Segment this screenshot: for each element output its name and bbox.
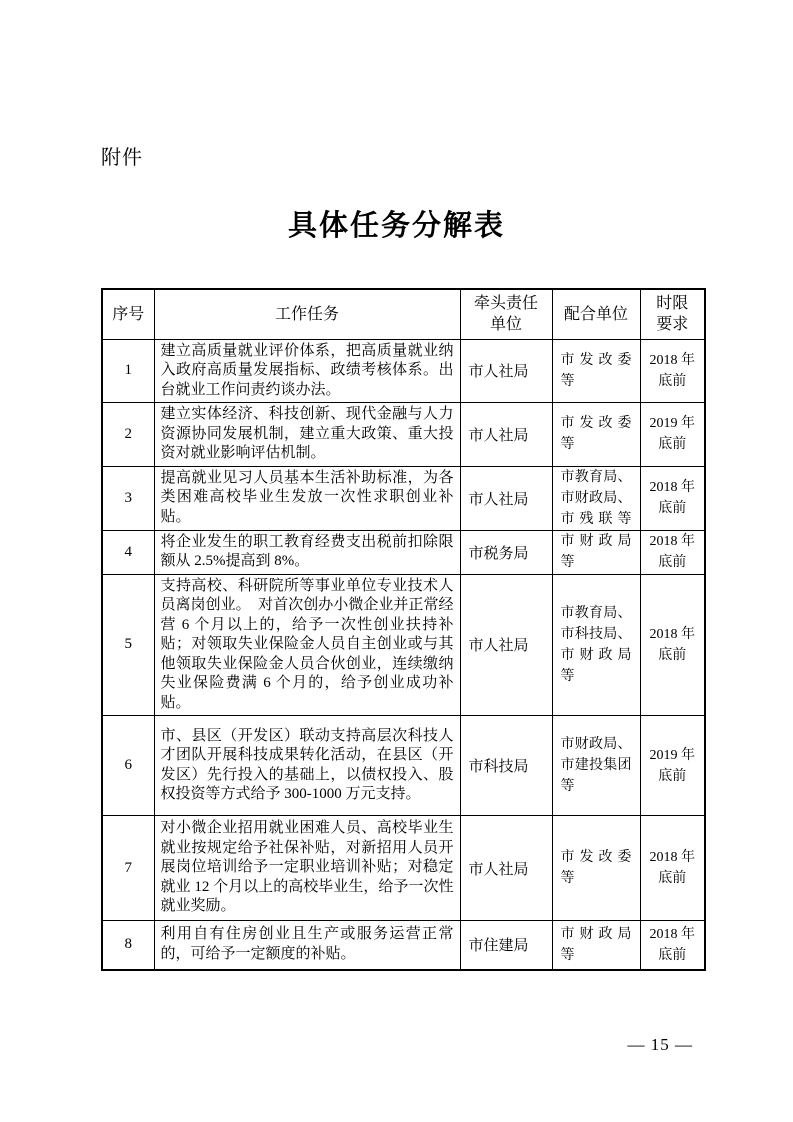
support-unit-cell: 市发改委 等	[552, 816, 640, 921]
deadline-cell: 2018 年底前	[640, 530, 705, 574]
lead-unit-cell: 市人社局	[460, 403, 552, 467]
table-row: 3 提高就业见习人员基本生活补助标准，为各类困难高校毕业生发放一次性求职创业补贴…	[102, 466, 705, 530]
task-cell: 建立实体经济、科技创新、现代金融与人力资源协同发展机制，建立重大政策、重大投资对…	[154, 403, 460, 467]
lead-unit-cell: 市住建局	[460, 921, 552, 970]
header-work-task: 工作任务	[154, 289, 460, 339]
lead-unit-cell: 市人社局	[460, 574, 552, 716]
deadline-cell: 2018 年底前	[640, 339, 705, 403]
lead-unit-cell: 市人社局	[460, 466, 552, 530]
support-unit-cell: 市财政局 等	[552, 921, 640, 970]
table-row: 8 利用自有住房创业且生产或服务运营正常的，可给予一定额度的补贴。 市住建局 市…	[102, 921, 705, 970]
serial-cell: 4	[102, 530, 154, 574]
lead-unit-cell: 市税务局	[460, 530, 552, 574]
deadline-cell: 2019 年底前	[640, 403, 705, 467]
header-support-unit: 配合单位	[552, 289, 640, 339]
serial-cell: 6	[102, 716, 154, 816]
table-row: 6 市、县区（开发区）联动支持高层次科技人才团队开展科技成果转化活动，在县区（开…	[102, 716, 705, 816]
task-breakdown-table: 序号 工作任务 牵头责任 单位 配合单位 时限 要求 1 建立高质量就业评价体系…	[101, 288, 706, 971]
task-cell: 利用自有住房创业且生产或服务运营正常的，可给予一定额度的补贴。	[154, 921, 460, 970]
serial-cell: 8	[102, 921, 154, 970]
page-number: — 15 —	[628, 1035, 694, 1055]
header-deadline: 时限 要求	[640, 289, 705, 339]
serial-cell: 7	[102, 816, 154, 921]
deadline-cell: 2018 年底前	[640, 466, 705, 530]
support-unit-cell: 市财政局 等	[552, 530, 640, 574]
serial-cell: 5	[102, 574, 154, 716]
table-row: 5 支持高校、科研院所等事业单位专业技术人员离岗创业。 对首次创办小微企业并正常…	[102, 574, 705, 716]
task-cell: 市、县区（开发区）联动支持高层次科技人才团队开展科技成果转化活动，在县区（开发区…	[154, 716, 460, 816]
support-unit-cell: 市财政局、 市建投集团 等	[552, 716, 640, 816]
table-row: 1 建立高质量就业评价体系，把高质量就业纳入政府高质量发展指标、政绩考核体系。出…	[102, 339, 705, 403]
deadline-cell: 2019 年底前	[640, 716, 705, 816]
support-unit-cell: 市发改委 等	[552, 403, 640, 467]
support-unit-cell: 市教育局、 市科技局、 市财政局 等	[552, 574, 640, 716]
table-row: 2 建立实体经济、科技创新、现代金融与人力资源协同发展机制，建立重大政策、重大投…	[102, 403, 705, 467]
lead-unit-cell: 市人社局	[460, 339, 552, 403]
document-page: 附件 具体任务分解表 序号 工作任务 牵头责任 单位 配合单位 时限 要求 1 …	[0, 0, 793, 1122]
lead-unit-cell: 市人社局	[460, 816, 552, 921]
deadline-cell: 2018 年底前	[640, 816, 705, 921]
task-cell: 支持高校、科研院所等事业单位专业技术人员离岗创业。 对首次创办小微企业并正常经营…	[154, 574, 460, 716]
task-cell: 建立高质量就业评价体系，把高质量就业纳入政府高质量发展指标、政绩考核体系。出台就…	[154, 339, 460, 403]
lead-unit-cell: 市科技局	[460, 716, 552, 816]
table-row: 7 对小微企业招用就业困难人员、高校毕业生就业按规定给予社保补贴，对新招用人员开…	[102, 816, 705, 921]
document-title: 具体任务分解表	[0, 203, 793, 244]
deadline-cell: 2018 年底前	[640, 921, 705, 970]
serial-cell: 3	[102, 466, 154, 530]
support-unit-cell: 市教育局、 市财政局、 市残联等	[552, 466, 640, 530]
serial-cell: 1	[102, 339, 154, 403]
header-serial-number: 序号	[102, 289, 154, 339]
task-cell: 对小微企业招用就业困难人员、高校毕业生就业按规定给予社保补贴，对新招用人员开展岗…	[154, 816, 460, 921]
table-header-row: 序号 工作任务 牵头责任 单位 配合单位 时限 要求	[102, 289, 705, 339]
task-cell: 提高就业见习人员基本生活补助标准，为各类困难高校毕业生发放一次性求职创业补贴。	[154, 466, 460, 530]
deadline-cell: 2018 年底前	[640, 574, 705, 716]
header-lead-unit: 牵头责任 单位	[460, 289, 552, 339]
serial-cell: 2	[102, 403, 154, 467]
table-row: 4 将企业发生的职工教育经费支出税前扣除限额从 2.5%提高到 8%。 市税务局…	[102, 530, 705, 574]
support-unit-cell: 市发改委 等	[552, 339, 640, 403]
task-cell: 将企业发生的职工教育经费支出税前扣除限额从 2.5%提高到 8%。	[154, 530, 460, 574]
attachment-label: 附件	[101, 141, 143, 170]
